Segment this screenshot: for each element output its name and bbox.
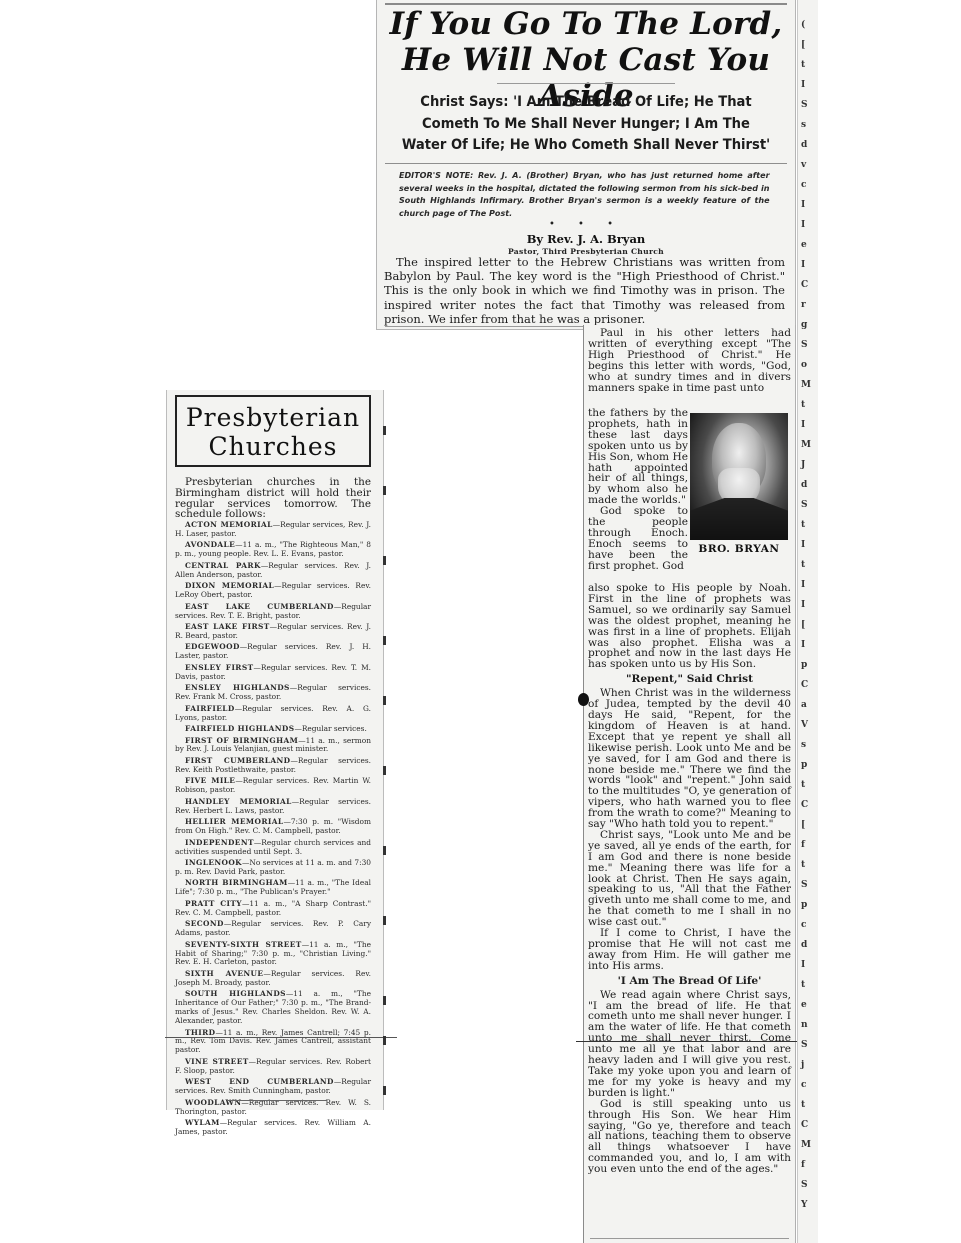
edge-glyph: I: [801, 220, 805, 230]
edge-glyph: s: [801, 120, 806, 130]
church-name: FAIRFIELD: [185, 704, 235, 713]
church-entry: FIVE MILE—Regular services. Rev. Martin …: [175, 777, 371, 795]
adjacent-column-edge-left: [383, 396, 389, 1116]
subhead-bread-of-life: 'I Am The Bread Of Life': [588, 976, 791, 987]
column-intro: Paul in his other letters had written of…: [588, 328, 791, 393]
edge-glyph: f: [801, 840, 805, 850]
edge-glyph: f: [801, 1160, 805, 1170]
church-entry: PRATT CITY—11 a. m., "A Sharp Contrast."…: [175, 900, 371, 918]
church-name: THIRD: [185, 1028, 216, 1037]
edge-glyph: I: [801, 960, 805, 970]
edge-glyph: I: [801, 80, 805, 90]
edge-glyph: c: [801, 920, 806, 930]
headline-rule: [497, 83, 675, 84]
listing-title-box: Presbyterian Churches: [175, 395, 371, 467]
edge-glyph: I: [801, 580, 805, 590]
edge-glyph: S: [801, 880, 808, 890]
byline: By Rev. J. A. Bryan: [377, 232, 795, 246]
edge-glyph: d: [801, 140, 807, 150]
church-name: SIXTH AVENUE: [185, 969, 263, 978]
presbyterian-churches-listing: Presbyterian Churches Presbyterian churc…: [166, 390, 384, 1110]
church-name: EAST LAKE CUMBERLAND: [185, 602, 334, 611]
fold-line: [165, 1037, 397, 1038]
church-name: FIVE MILE: [185, 776, 235, 785]
edge-glyph: I: [801, 540, 805, 550]
intro-text: Presbyterian churches in the Birmingham …: [175, 477, 371, 520]
church-details: —Regular services.: [294, 724, 366, 733]
edge-glyph: S: [801, 100, 808, 110]
edge-glyph: Y: [801, 1200, 807, 1210]
church-name: DIXON MEMORIAL: [185, 581, 274, 590]
edge-glyph: r: [801, 300, 806, 310]
church-entry: FAIRFIELD—Regular services. Rev. A. G. L…: [175, 705, 371, 723]
edge-glyph: v: [801, 160, 806, 170]
edge-glyph: j: [801, 1060, 804, 1070]
church-entry: VINE STREET—Regular services. Rev. Rober…: [175, 1058, 371, 1076]
church-name: FIRST OF BIRMINGHAM: [185, 736, 298, 745]
church-entry: THIRD—11 a. m., Rev. James Cantrell; 7:4…: [175, 1029, 371, 1056]
edge-glyph: S: [801, 1180, 808, 1190]
church-entry: HANDLEY MEMORIAL—Regular services. Rev. …: [175, 798, 371, 816]
bullet-mark: [578, 693, 589, 706]
church-name: SOUTH HIGHLANDS: [185, 989, 286, 998]
church-entry: SOUTH HIGHLANDS—11 a. m., "The Inheritan…: [175, 990, 371, 1026]
edge-glyph: p: [801, 760, 807, 770]
church-name: WYLAM: [185, 1118, 220, 1127]
title-line-2: Churches: [177, 432, 369, 461]
church-name: FAIRFIELD HIGHLANDS: [185, 724, 294, 733]
edge-glyph: t: [801, 400, 805, 410]
edge-glyph: t: [801, 1100, 805, 1110]
edge-glyph: C: [801, 280, 808, 290]
edge-glyph: C: [801, 800, 808, 810]
church-list: ACTON MEMORIAL—Regular services, Rev. J.…: [175, 521, 371, 1140]
deck-rule: [385, 163, 787, 164]
portrait-photo: [690, 413, 788, 540]
church-entry: EAST LAKE FIRST—Regular services. Rev. J…: [175, 623, 371, 641]
church-entry: EAST LAKE CUMBERLAND—Regular services. R…: [175, 603, 371, 621]
edge-glyph: t: [801, 780, 805, 790]
edge-glyph: [: [801, 620, 805, 630]
church-name: WEST END CUMBERLAND: [185, 1077, 334, 1086]
edge-glyph: S: [801, 1040, 808, 1050]
church-name: PRATT CITY: [185, 899, 242, 908]
church-entry: DIXON MEMORIAL—Regular services. Rev. Le…: [175, 582, 371, 600]
wrap-text-2: God spoke to the people through Enoch. E…: [588, 506, 688, 571]
church-entry: SIXTH AVENUE—Regular services. Rev. Jose…: [175, 970, 371, 988]
edge-glyph: t: [801, 860, 805, 870]
church-entry: WEST END CUMBERLAND—Regular services. Re…: [175, 1078, 371, 1096]
edge-glyph: M: [801, 380, 811, 390]
church-entry: NORTH BIRMINGHAM—11 a. m., "The Ideal Li…: [175, 879, 371, 897]
church-entry: FAIRFIELD HIGHLANDS—Regular services.: [175, 725, 371, 734]
edge-glyph: c: [801, 1080, 806, 1090]
church-entry: FIRST CUMBERLAND—Regular services. Rev. …: [175, 757, 371, 775]
edge-glyph: J: [801, 460, 805, 470]
edge-glyph: C: [801, 1120, 808, 1130]
edge-glyph: p: [801, 660, 807, 670]
photo-wrap-text: the fathers by the prophets, hath in the…: [588, 408, 688, 572]
church-entry: ACTON MEMORIAL—Regular services, Rev. J.…: [175, 521, 371, 539]
edge-glyph: o: [801, 360, 807, 370]
church-name: EDGEWOOD: [185, 642, 240, 651]
church-name: SEVENTY-SIXTH STREET: [185, 940, 302, 949]
church-entry: CENTRAL PARK—Regular services. Rev. J. A…: [175, 562, 371, 580]
sermon-article-header: If You Go To The Lord, He Will Not Cast …: [376, 0, 796, 330]
section-2-paragraph: God is still speaking unto us through Hi…: [588, 1099, 791, 1175]
church-name: ACTON MEMORIAL: [185, 520, 273, 529]
church-name: HELLIER MEMORIAL: [185, 817, 283, 826]
church-name: EAST LAKE FIRST: [185, 622, 270, 631]
edge-glyph: I: [801, 420, 805, 430]
church-name: VINE STREET: [185, 1057, 249, 1066]
edge-glyph: I: [801, 640, 805, 650]
edge-glyph: g: [801, 320, 807, 330]
edge-glyph: c: [801, 180, 806, 190]
church-entry: WOODLAWN—Regular services. Rev. W. S. Th…: [175, 1099, 371, 1117]
after-photo-paragraph: also spoke to His people by Noah. First …: [588, 583, 791, 670]
church-name: NORTH BIRMINGHAM: [185, 878, 288, 887]
edge-glyph: M: [801, 1140, 811, 1150]
church-entry: ENSLEY FIRST—Regular services. Rev. T. M…: [175, 664, 371, 682]
edge-glyph: t: [801, 60, 805, 70]
edge-glyph: s: [801, 740, 806, 750]
church-entry: FIRST OF BIRMINGHAM—11 a. m., sermon by …: [175, 737, 371, 755]
column-bottom-rule: [590, 1238, 789, 1239]
fold-line: [576, 1041, 799, 1042]
edge-glyph: I: [801, 600, 805, 610]
church-entry: INGLENOOK—No services at 11 a. m. and 7:…: [175, 859, 371, 877]
edge-glyph: e: [801, 240, 807, 250]
church-entry: ENSLEY HIGHLANDS—Regular services. Rev. …: [175, 684, 371, 702]
lead-text: The inspired letter to the Hebrew Christ…: [384, 255, 785, 326]
end-rule: [227, 1100, 327, 1101]
edge-glyph: a: [801, 700, 807, 710]
wrap-text-1: the fathers by the prophets, hath in the…: [588, 408, 688, 506]
edge-glyph: M: [801, 440, 811, 450]
church-name: SECOND: [185, 919, 224, 928]
sermon-column: Paul in his other letters had written of…: [583, 325, 796, 1243]
lead-paragraph: The inspired letter to the Hebrew Christ…: [384, 255, 785, 326]
church-name: FIRST CUMBERLAND: [185, 756, 290, 765]
church-name: CENTRAL PARK: [185, 561, 261, 570]
portrait-coat: [690, 498, 788, 540]
top-rule: [385, 3, 787, 5]
edge-glyph: C: [801, 680, 808, 690]
edge-glyph: I: [801, 260, 805, 270]
adjacent-column-edge: ([tISsdvcIIeICrgSoMtIMJdStItII[IpCaVsptC…: [797, 0, 818, 1243]
deck-subheadline: Christ Says: 'I Am The Bread Of Life; He…: [402, 91, 771, 156]
edge-glyph: e: [801, 1000, 807, 1010]
edge-glyph: d: [801, 940, 807, 950]
church-name: INGLENOOK: [185, 858, 242, 867]
column-intro-text: Paul in his other letters had written of…: [588, 328, 791, 393]
church-entry: INDEPENDENT—Regular church services and …: [175, 839, 371, 857]
church-entry: HELLIER MEMORIAL—7:30 p. m. "Wisdom from…: [175, 818, 371, 836]
church-name: ENSLEY HIGHLANDS: [185, 683, 290, 692]
edge-glyph: p: [801, 900, 807, 910]
edge-glyph: [: [801, 820, 805, 830]
church-name: HANDLEY MEMORIAL: [185, 797, 292, 806]
edge-glyph: n: [801, 1020, 808, 1030]
edge-glyph: t: [801, 560, 805, 570]
church-name: INDEPENDENT: [185, 838, 254, 847]
church-name: AVONDALE: [185, 540, 235, 549]
church-name: ENSLEY FIRST: [185, 663, 254, 672]
editors-note: EDITOR'S NOTE: Rev. J. A. (Brother) Brya…: [399, 169, 770, 219]
church-entry: SEVENTY-SIXTH STREET—11 a. m., "The Habi…: [175, 941, 371, 968]
edge-glyph: (: [801, 20, 805, 30]
after-photo-text: also spoke to His people by Noah. First …: [588, 583, 791, 1175]
church-entry: EDGEWOOD—Regular services. Rev. J. H. La…: [175, 643, 371, 661]
church-entry: AVONDALE—11 a. m., "The Righteous Man," …: [175, 541, 371, 559]
photo-caption: BRO. BRYAN: [690, 543, 788, 555]
subhead-repent: "Repent," Said Christ: [588, 674, 791, 685]
section-1-paragraph: Christ says, "Look unto Me and be ye sav…: [588, 830, 791, 928]
edge-glyph: t: [801, 980, 805, 990]
listing-intro: Presbyterian churches in the Birmingham …: [175, 477, 371, 520]
edge-glyph: V: [801, 720, 808, 730]
edge-glyph: [: [801, 40, 805, 50]
separator-dots: • • •: [377, 219, 795, 230]
edge-glyph: S: [801, 340, 808, 350]
edge-glyph: t: [801, 520, 805, 530]
section-1-paragraph: When Christ was in the wilderness of Jud…: [588, 688, 791, 830]
church-entry: WYLAM—Regular services. Rev. William A. …: [175, 1119, 371, 1137]
section-1-paragraph: If I come to Christ, I have the promise …: [588, 928, 791, 972]
edge-glyph: I: [801, 200, 805, 210]
section-2-paragraph: We read again where Christ says, "I am t…: [588, 990, 791, 1099]
edge-glyph: d: [801, 480, 807, 490]
church-entry: SECOND—Regular services. Rev. P. Cary Ad…: [175, 920, 371, 938]
edge-glyph: S: [801, 500, 808, 510]
title-line-1: Presbyterian: [177, 403, 369, 432]
